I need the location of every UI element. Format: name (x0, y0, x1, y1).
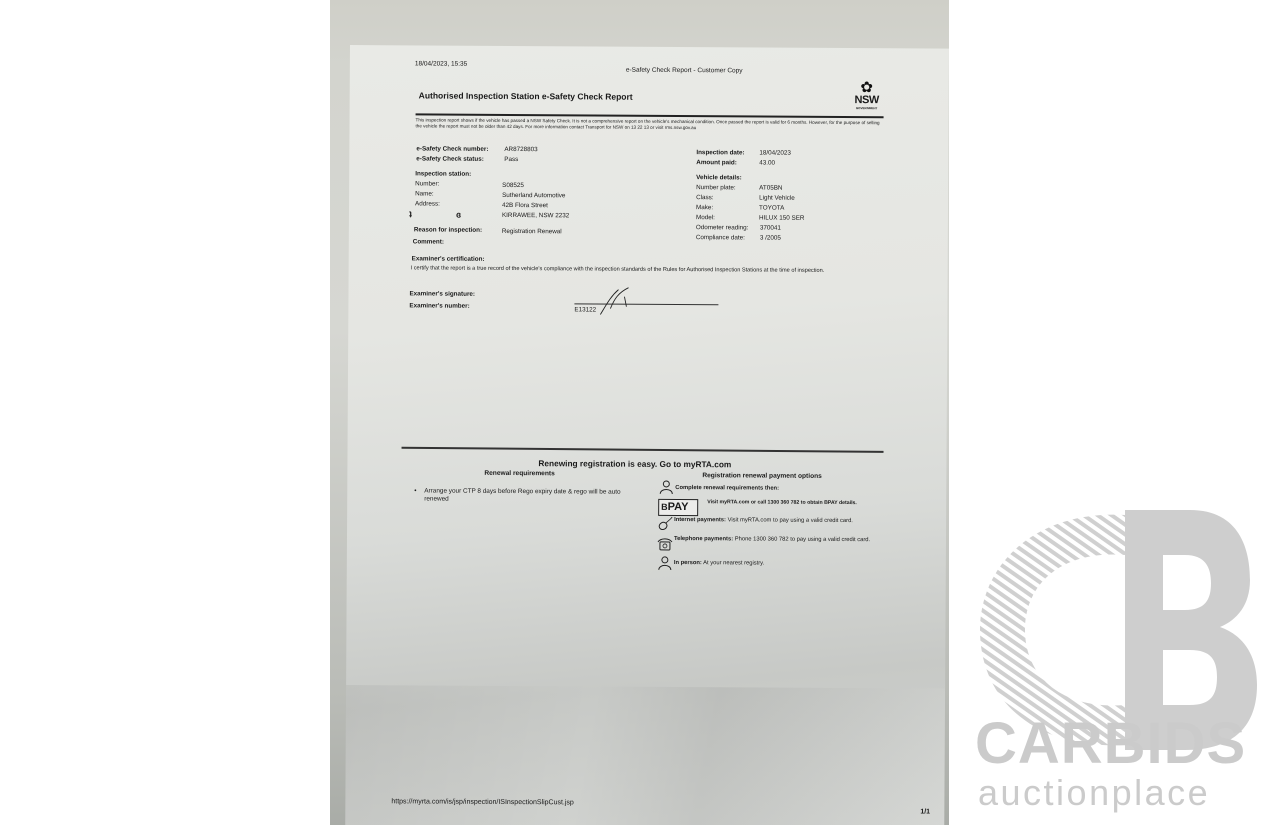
station-address-line1: 42B Flora Street (502, 202, 548, 209)
station-heading: Inspection station: (415, 170, 471, 177)
vehicle-field-value: AT05BN (759, 185, 782, 192)
bpay-logo: BPAY (658, 499, 698, 516)
station-name-label: Name: (415, 190, 434, 197)
certification-heading: Examiner's certification: (412, 255, 485, 262)
vehicle-field-label: Odometer reading: (696, 224, 749, 231)
vehicle-heading: Vehicle details: (696, 174, 742, 181)
reason-value: Registration Renewal (502, 228, 562, 235)
signature-image (588, 284, 648, 316)
logo-name: NSW (850, 95, 884, 106)
check-status-value: Pass (504, 156, 518, 163)
page-number: 1/1 (920, 808, 930, 815)
vehicle-details-list: Number plate:AT05BNClass:Light VehicleMa… (350, 45, 949, 49)
station-number-value: S08525 (502, 182, 524, 189)
examiner-number-label: Examiner's number: (409, 302, 469, 309)
report-title: Authorised Inspection Station e-Safety C… (419, 90, 633, 101)
renewal-requirements-heading: Renewal requirements (484, 470, 554, 477)
vehicle-field-label: Model: (696, 214, 715, 221)
signature-label: Examiner's signature: (409, 290, 475, 297)
document-photo: 18/04/2023, 15:35 e-Safety Check Report … (330, 0, 949, 825)
payment-option-internet: Internet payments: Visit myRTA.com to pa… (674, 517, 884, 525)
vehicle-field-value: 370041 (760, 225, 781, 232)
amount-paid-label: Amount paid: (696, 159, 737, 166)
check-status-label: e-Safety Check status: (416, 155, 484, 162)
telephone-icon (657, 537, 673, 551)
vehicle-field-label: Make: (696, 204, 713, 211)
logo-sub: GOVERNMENT (850, 106, 884, 110)
check-number-value: AR8728803 (504, 146, 537, 153)
watermark-subtitle: auctionplace (978, 772, 1210, 814)
mouse-icon (657, 517, 673, 531)
inspection-report-page: 18/04/2023, 15:35 e-Safety Check Report … (345, 45, 949, 825)
section-divider (402, 447, 884, 453)
vehicle-field-label: Number plate: (696, 184, 736, 191)
vehicle-field-label: Compliance date: (696, 234, 745, 241)
check-number-label: e-Safety Check number: (416, 145, 488, 152)
payment-option-telephone: Telephone payments: Phone 1300 360 782 t… (674, 536, 884, 544)
certification-text: I certify that the report is a true reco… (411, 265, 881, 274)
requirement-item: • Arrange your CTP 8 days before Rego ex… (414, 487, 644, 504)
watermark-brand: CARBIDS (975, 710, 1246, 777)
station-number-label: Number: (415, 180, 439, 187)
vehicle-field-label: Class: (696, 194, 714, 201)
ink-smudge: ʇ (409, 209, 412, 219)
waratah-icon: ✿ (850, 80, 884, 95)
comment-label: Comment: (413, 238, 444, 245)
payment-option-in-person: In person: At your nearest registry. (674, 560, 764, 568)
station-address-label: Address: (415, 200, 440, 207)
inspection-date-value: 18/04/2023 (759, 150, 791, 157)
vehicle-field-value: HILUX 150 SER (759, 215, 805, 222)
amount-paid-value: 43.00 (759, 160, 775, 167)
footer-url: https://myrta.com/is/jsp/inspection/ISIn… (391, 798, 574, 806)
vehicle-field-value: 3 /2005 (760, 235, 781, 242)
ink-smudge: ɞ (456, 210, 461, 220)
station-name-value: Sutherland Automotive (502, 192, 565, 199)
inspection-date-label: Inspection date: (696, 149, 744, 156)
payment-option-bpay: Visit myRTA.com or call 1300 360 782 to … (707, 499, 857, 507)
print-timestamp: 18/04/2023, 15:35 (415, 60, 467, 67)
person-icon (658, 480, 674, 494)
payment-option-complete: Complete renewal requirements then: (675, 485, 779, 493)
vehicle-field-value: TOYOTA (759, 205, 784, 212)
vehicle-field-value: Light Vehicle (759, 195, 795, 202)
nsw-government-logo: ✿ NSW GOVERNMENT (850, 80, 884, 110)
person-icon (657, 556, 673, 570)
print-page-title: e-Safety Check Report - Customer Copy (626, 67, 743, 75)
reason-label: Reason for inspection: (414, 226, 482, 233)
renewal-heading: Renewing registration is easy. Go to myR… (538, 458, 731, 469)
intro-paragraph: This inspection report shows if the vehi… (415, 117, 885, 131)
station-address-line2: KIRRAWEE, NSW 2232 (502, 212, 569, 219)
payment-options-heading: Registration renewal payment options (702, 472, 821, 480)
examiner-number-value: E13122 (574, 306, 596, 313)
